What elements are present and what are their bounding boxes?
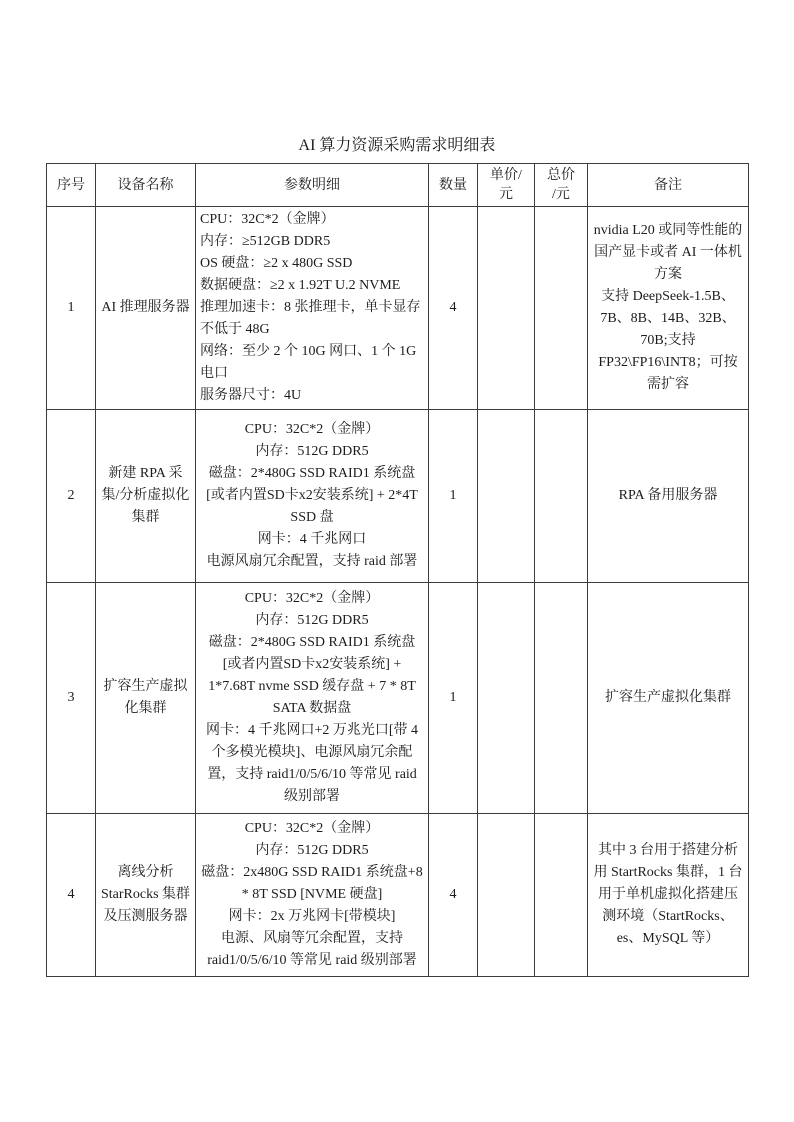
cell-qty: 1 (429, 410, 478, 583)
cell-device-name: 离线分析 StarRocks 集群及压测服务器 (96, 814, 196, 977)
cell-device-name: AI 推理服务器 (96, 207, 196, 410)
cell-no: 3 (47, 583, 96, 814)
cell-qty: 1 (429, 583, 478, 814)
cell-no: 2 (47, 410, 96, 583)
cell-qty: 4 (429, 814, 478, 977)
document-page: AI 算力资源采购需求明细表 序号 设备名称 参数明细 数量 单价/ 元 总价 … (0, 0, 794, 1122)
cell-no: 1 (47, 207, 96, 410)
cell-params: CPU：32C*2（金牌） 内存：512G DDR5 磁盘：2*480G SSD… (196, 410, 429, 583)
header-total-price: 总价 /元 (535, 164, 588, 207)
cell-params: CPU：32C*2（金牌） 内存：512G DDR5 磁盘：2*480G SSD… (196, 583, 429, 814)
procurement-table: 序号 设备名称 参数明细 数量 单价/ 元 总价 /元 备注 1 AI 推理服务… (46, 163, 749, 977)
header-no: 序号 (47, 164, 96, 207)
cell-remark: RPA 备用服务器 (588, 410, 749, 583)
cell-device-name: 新建 RPA 采集/分析虚拟化集群 (96, 410, 196, 583)
cell-total-price (535, 207, 588, 410)
table-header-row: 序号 设备名称 参数明细 数量 单价/ 元 总价 /元 备注 (47, 164, 749, 207)
cell-remark: 扩容生产虚拟化集群 (588, 583, 749, 814)
cell-total-price (535, 583, 588, 814)
cell-qty: 4 (429, 207, 478, 410)
cell-params: CPU：32C*2（金牌） 内存：≥512GB DDR5 OS 硬盘：≥2 x … (196, 207, 429, 410)
page-title: AI 算力资源采购需求明细表 (0, 135, 794, 157)
header-qty: 数量 (429, 164, 478, 207)
table-row: 1 AI 推理服务器 CPU：32C*2（金牌） 内存：≥512GB DDR5 … (47, 207, 749, 410)
cell-device-name: 扩容生产虚拟化集群 (96, 583, 196, 814)
table-row: 4 离线分析 StarRocks 集群及压测服务器 CPU：32C*2（金牌） … (47, 814, 749, 977)
cell-unit-price (478, 207, 535, 410)
cell-total-price (535, 814, 588, 977)
header-unit-price: 单价/ 元 (478, 164, 535, 207)
cell-unit-price (478, 814, 535, 977)
header-remark: 备注 (588, 164, 749, 207)
header-device-name: 设备名称 (96, 164, 196, 207)
table-row: 3 扩容生产虚拟化集群 CPU：32C*2（金牌） 内存：512G DDR5 磁… (47, 583, 749, 814)
cell-no: 4 (47, 814, 96, 977)
cell-unit-price (478, 410, 535, 583)
table-row: 2 新建 RPA 采集/分析虚拟化集群 CPU：32C*2（金牌） 内存：512… (47, 410, 749, 583)
cell-remark: nvidia L20 或同等性能的国产显卡或者 AI 一体机方案 支持 Deep… (588, 207, 749, 410)
cell-total-price (535, 410, 588, 583)
cell-params: CPU：32C*2（金牌） 内存：512G DDR5 磁盘：2x480G SSD… (196, 814, 429, 977)
cell-unit-price (478, 583, 535, 814)
header-params: 参数明细 (196, 164, 429, 207)
cell-remark: 其中 3 台用于搭建分析用 StartRocks 集群，1 台用于单机虚拟化搭建… (588, 814, 749, 977)
